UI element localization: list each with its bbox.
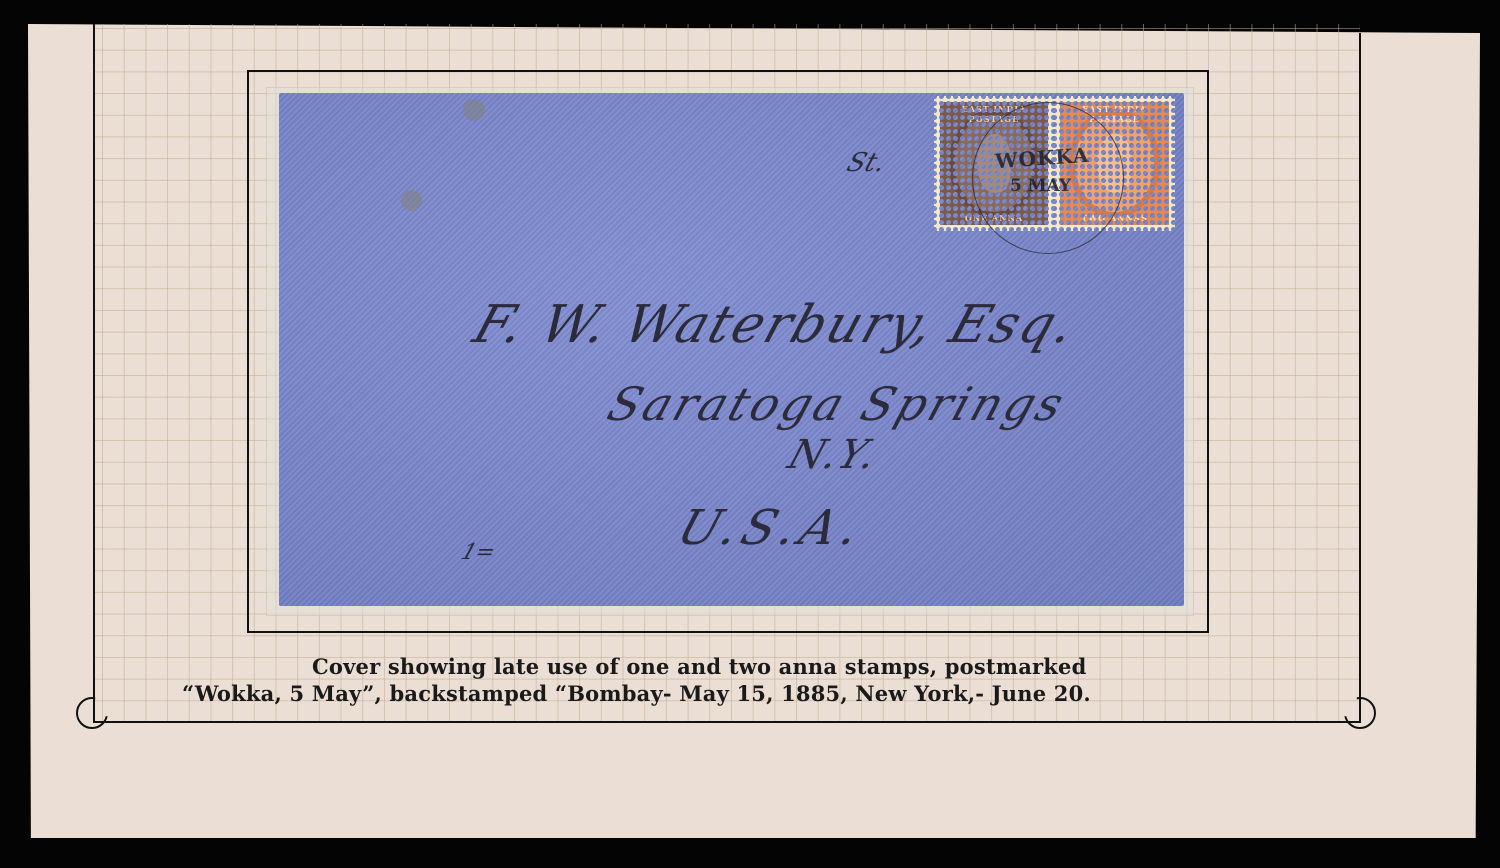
caption-line-2: “Wokka, 5 May”, backstamped “Bombay- May… bbox=[182, 681, 1091, 706]
caption-line-1: Cover showing late use of one and two an… bbox=[312, 654, 1087, 679]
address-line-1: F. W. Waterbury, Esq. bbox=[466, 295, 1084, 355]
stain-spot bbox=[401, 190, 422, 211]
border-line-right bbox=[1359, 33, 1361, 723]
stain-spot bbox=[463, 99, 485, 121]
border-line-left bbox=[93, 24, 95, 723]
address-line-3: N.Y. bbox=[783, 432, 885, 478]
border-line-bottom bbox=[93, 721, 1361, 723]
postmark-date: 5 MAY bbox=[1010, 176, 1071, 196]
address-line-2: Saratoga Springs bbox=[601, 377, 1073, 431]
address-line-4: U.S.A. bbox=[671, 500, 873, 556]
